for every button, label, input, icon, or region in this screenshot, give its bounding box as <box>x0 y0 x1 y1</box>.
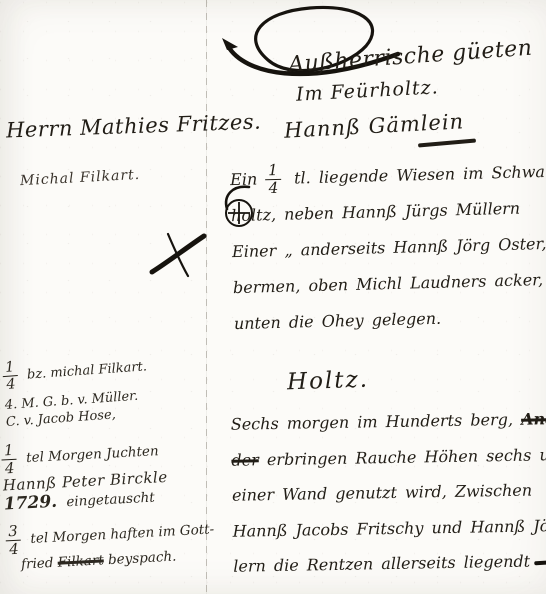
crossed-out-word: Filkart <box>57 553 104 571</box>
fraction-one-quarter: 14 <box>2 360 19 393</box>
entry-paragraph: Ein 14 tl. liegende Wiesen im Schwartzen… <box>230 154 546 342</box>
entry-heading: Hannß Gämlein <box>283 109 464 142</box>
end-dash-flourish <box>534 558 546 564</box>
holtz-line: lern die Rentzen allerseits liegendt <box>233 543 546 584</box>
margin-notes-share: 14 bz. michal Filkart. 4. M. G. b. v. Mü… <box>2 351 151 430</box>
margin-owner-name: Herrn Mathies Fritzes. <box>6 110 262 143</box>
holtz-line: einer Wand genutzt wird, Zwischen <box>232 472 546 513</box>
crossed-out-word: der <box>231 450 259 469</box>
manuscript-page: Außherrische güeten Im Feürholtz. Herrn … <box>0 0 546 594</box>
x-mark-icon <box>148 226 210 282</box>
fraction-one-quarter: 14 <box>1 443 18 476</box>
fraction-one-quarter: 14 <box>265 163 282 197</box>
underline-flourish <box>418 138 476 147</box>
holtz-line: der erbringen Rauche Höhen sechs und zu <box>231 437 546 478</box>
holtz-line: Hannß Jacobs Fritschy und Hannß Jörg Mül… <box>232 508 546 549</box>
year-value: 1729. <box>3 491 57 514</box>
entry-line: unten die Ohey gelegen. <box>233 298 546 342</box>
holtz-line: Sechs morgen im Hunderts berg, And <box>230 401 546 442</box>
holtz-paragraph: Sechs morgen im Hunderts berg, And der e… <box>230 401 546 584</box>
fraction-three-quarters: 34 <box>5 523 22 556</box>
section-heading-holtz: Holtz. <box>287 367 370 396</box>
note-line: 14 bz. michal Filkart. <box>2 351 148 393</box>
crossed-out-word: And <box>521 409 546 429</box>
margin-person-name: Michal Filkart. <box>20 167 141 189</box>
margin-notes-exchange: 14 tel Morgen Juchten Hannß Peter Birckl… <box>1 433 216 576</box>
